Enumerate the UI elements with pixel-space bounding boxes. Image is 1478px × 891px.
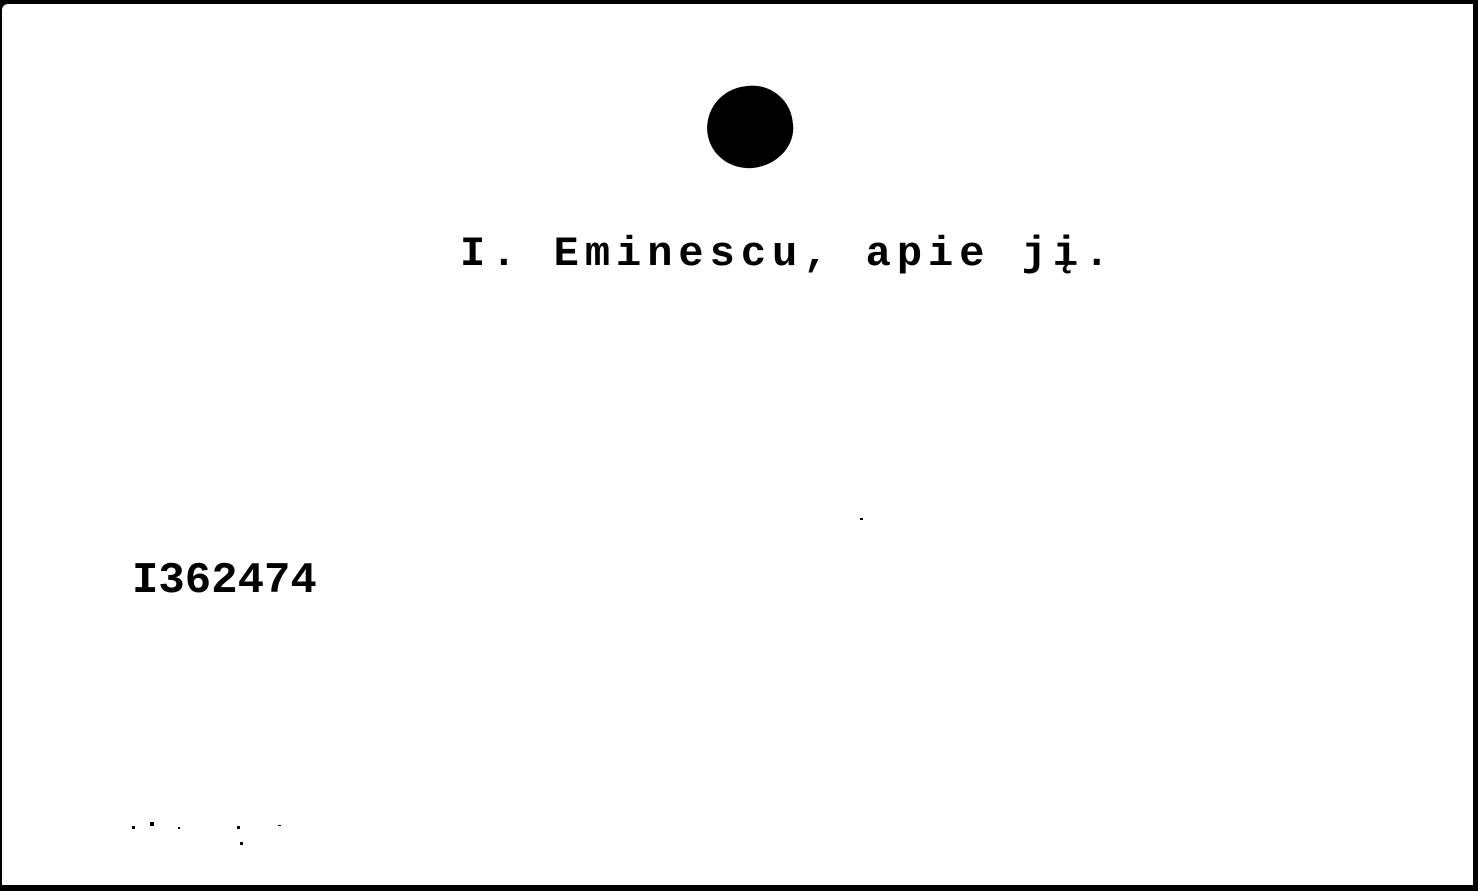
card-heading: I. Eminescu, apie jį. xyxy=(460,230,1115,278)
call-number: I362474 xyxy=(132,556,317,606)
punch-hole-icon xyxy=(702,80,799,173)
scan-speck xyxy=(237,826,240,829)
scan-speck xyxy=(150,822,154,826)
scan-speck xyxy=(178,827,180,829)
scan-speck xyxy=(132,826,135,829)
scan-speck xyxy=(860,518,863,520)
card-bottom-edge xyxy=(0,886,1478,891)
scan-speck xyxy=(240,842,243,845)
catalog-card: I. Eminescu, apie jį. I362474 xyxy=(2,4,1473,885)
scan-speck xyxy=(278,825,281,826)
